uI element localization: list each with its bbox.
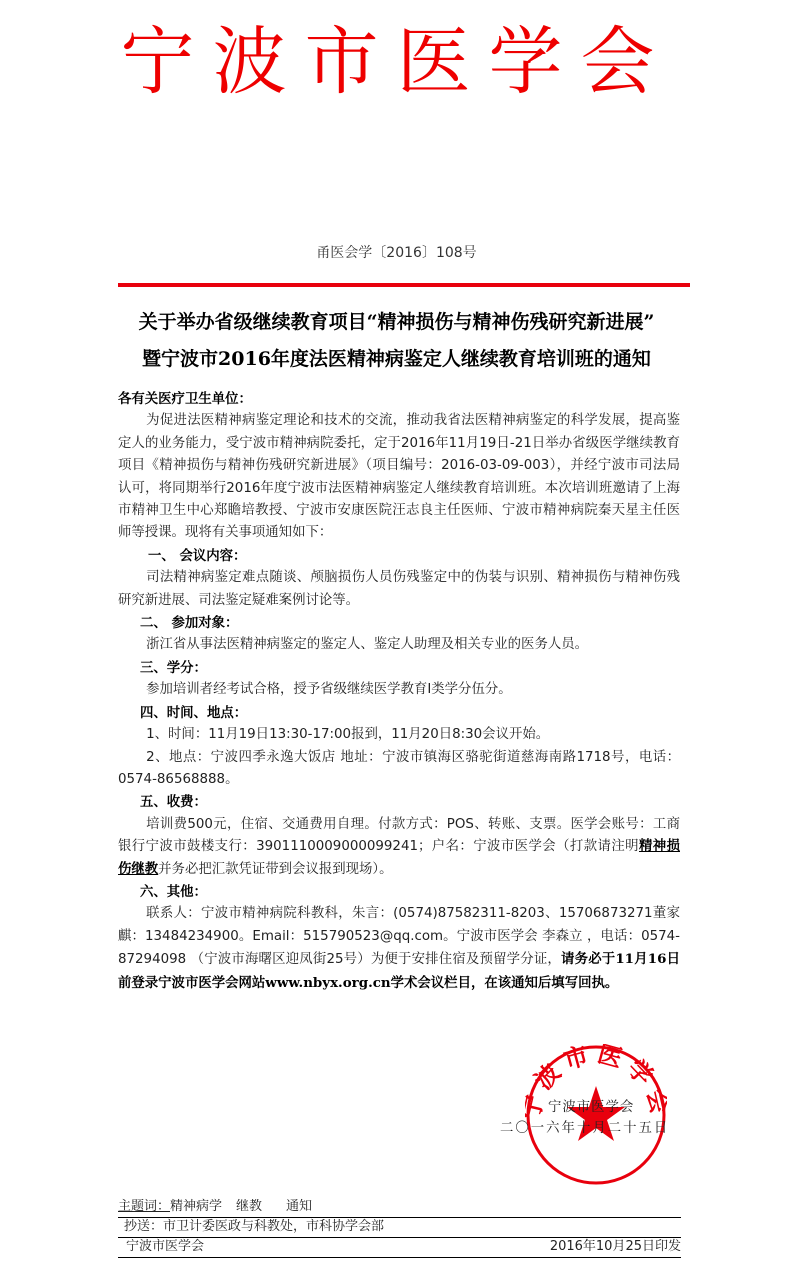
section-paragraph-fees: 培训费500元，住宿、交通费用自理。付款方式：POS、转账、支票。医学会账号：工… [118, 814, 680, 881]
section-heading-content: 一、 会议内容： [118, 545, 680, 567]
document-number: 甬医会学〔2016〕108号 [0, 242, 793, 262]
document-title-line-2: 暨宁波市2016年度法医精神病鉴定人继续教育培训班的通知 [0, 344, 793, 371]
issuer: 宁波市医学会 [126, 1238, 204, 1257]
fee-text: 培训费500元，住宿、交通费用自理。付款方式：POS、转账、支票。医学会账号：工… [118, 817, 680, 854]
masthead-org-name: 宁波市医学会 [0, 14, 793, 110]
signature-org: 宁波市医学会 [548, 1096, 634, 1115]
keyword: 通知 [286, 1199, 312, 1214]
section-heading-fees: 五、收费： [118, 791, 680, 813]
print-date: 2016年10月25日印发 [550, 1238, 681, 1257]
fee-text-end: 并务必把汇款凭证带到会议报到现场）。 [158, 862, 392, 877]
section-paragraph-time: 1、时间：11月19日13:30-17:00报到，11月20日8:30会议开始。 [118, 724, 680, 746]
keywords-label: 主题词： [118, 1199, 170, 1214]
footer-cc-row: 抄送：市卫计委医政与科教处，市科协学会部 [118, 1218, 681, 1238]
intro-paragraph: 为促进法医精神病鉴定理论和技术的交流，推动我省法医精神病鉴定的科学发展，提高鉴定… [118, 410, 680, 544]
document-title-line-1: 关于举办省级继续教育项目“精神损伤与精神伤残研究新进展” [0, 307, 793, 334]
section-paragraph: 浙江省从事法医精神病鉴定的鉴定人、鉴定人助理及相关专业的医务人员。 [118, 634, 680, 656]
section-heading-participants: 二、 参加对象： [118, 612, 680, 634]
cc-label: 抄送： [124, 1219, 163, 1234]
footer-issuer-row: 宁波市医学会 2016年10月25日印发 [118, 1238, 681, 1258]
red-divider-line [118, 283, 690, 287]
salutation: 各有关医疗卫生单位： [118, 388, 680, 410]
section-paragraph: 司法精神病鉴定难点随谈、颅脑损伤人员伤残鉴定中的伪装与识别、精神损伤与精神伤残研… [118, 567, 680, 612]
section-heading-other: 六、其他： [118, 881, 680, 903]
document-body: 各有关医疗卫生单位： 为促进法医精神病鉴定理论和技术的交流，推动我省法医精神病鉴… [118, 388, 680, 995]
section-heading-credits: 三、学分： [118, 657, 680, 679]
section-heading-time-place: 四、时间、地点： [118, 702, 680, 724]
keyword: 精神病学 [170, 1199, 222, 1214]
keyword: 继教 [236, 1199, 262, 1214]
section-paragraph: 参加培训者经考试合格，授予省级继续医学教育Ⅰ类学分伍分。 [118, 679, 680, 701]
footer-keywords-row: 主题词：精神病学继教通知 [118, 1198, 681, 1218]
cc-recipients: 市卫计委医政与科教处，市科协学会部 [163, 1219, 384, 1234]
section-paragraph-place: 2、地点：宁波四季永逸大饭店 地址：宁波市镇海区骆驼街道慈海南路1718号，电话… [118, 747, 680, 792]
section-paragraph-contact: 联系人：宁波市精神病院科教科，朱言：(0574)87582311-8203、15… [118, 903, 680, 995]
official-seal-stamp: 宁波市医学会 [525, 1044, 667, 1186]
signature-date: 二〇一六年十月二十五日 [500, 1117, 669, 1136]
